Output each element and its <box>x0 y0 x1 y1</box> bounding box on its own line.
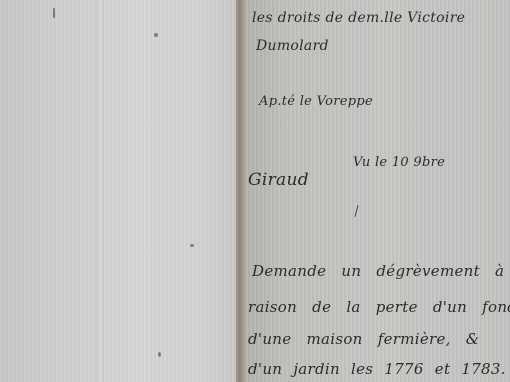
left-blank-page <box>0 0 238 382</box>
ink-speck <box>158 352 161 357</box>
ink-speck <box>154 33 158 37</box>
pen-mark <box>354 205 358 217</box>
page-edge-shadow <box>236 0 246 382</box>
body-line-2: raison de la perte d'un fond, <box>248 298 510 316</box>
body-line-4: d'un jardin les 1776 et 1783. <box>248 360 506 378</box>
body-line-3: d'une maison fermière, & <box>248 330 479 348</box>
ink-speck <box>53 8 55 18</box>
annotation: Vu le 10 9bre <box>353 155 445 170</box>
body-line-1: Demande un dégrèvement à <box>252 262 504 280</box>
place-line: Ap.té le Voreppe <box>259 94 373 109</box>
header-line-2: Dumolard <box>256 38 329 54</box>
right-written-page: les droits de dem.lle Victoire Dumolard … <box>246 0 510 382</box>
ink-speck <box>190 244 194 247</box>
header-line-1: les droits de dem.lle Victoire <box>252 10 465 26</box>
person-name: Giraud <box>248 170 309 190</box>
fold-crease <box>96 0 104 382</box>
